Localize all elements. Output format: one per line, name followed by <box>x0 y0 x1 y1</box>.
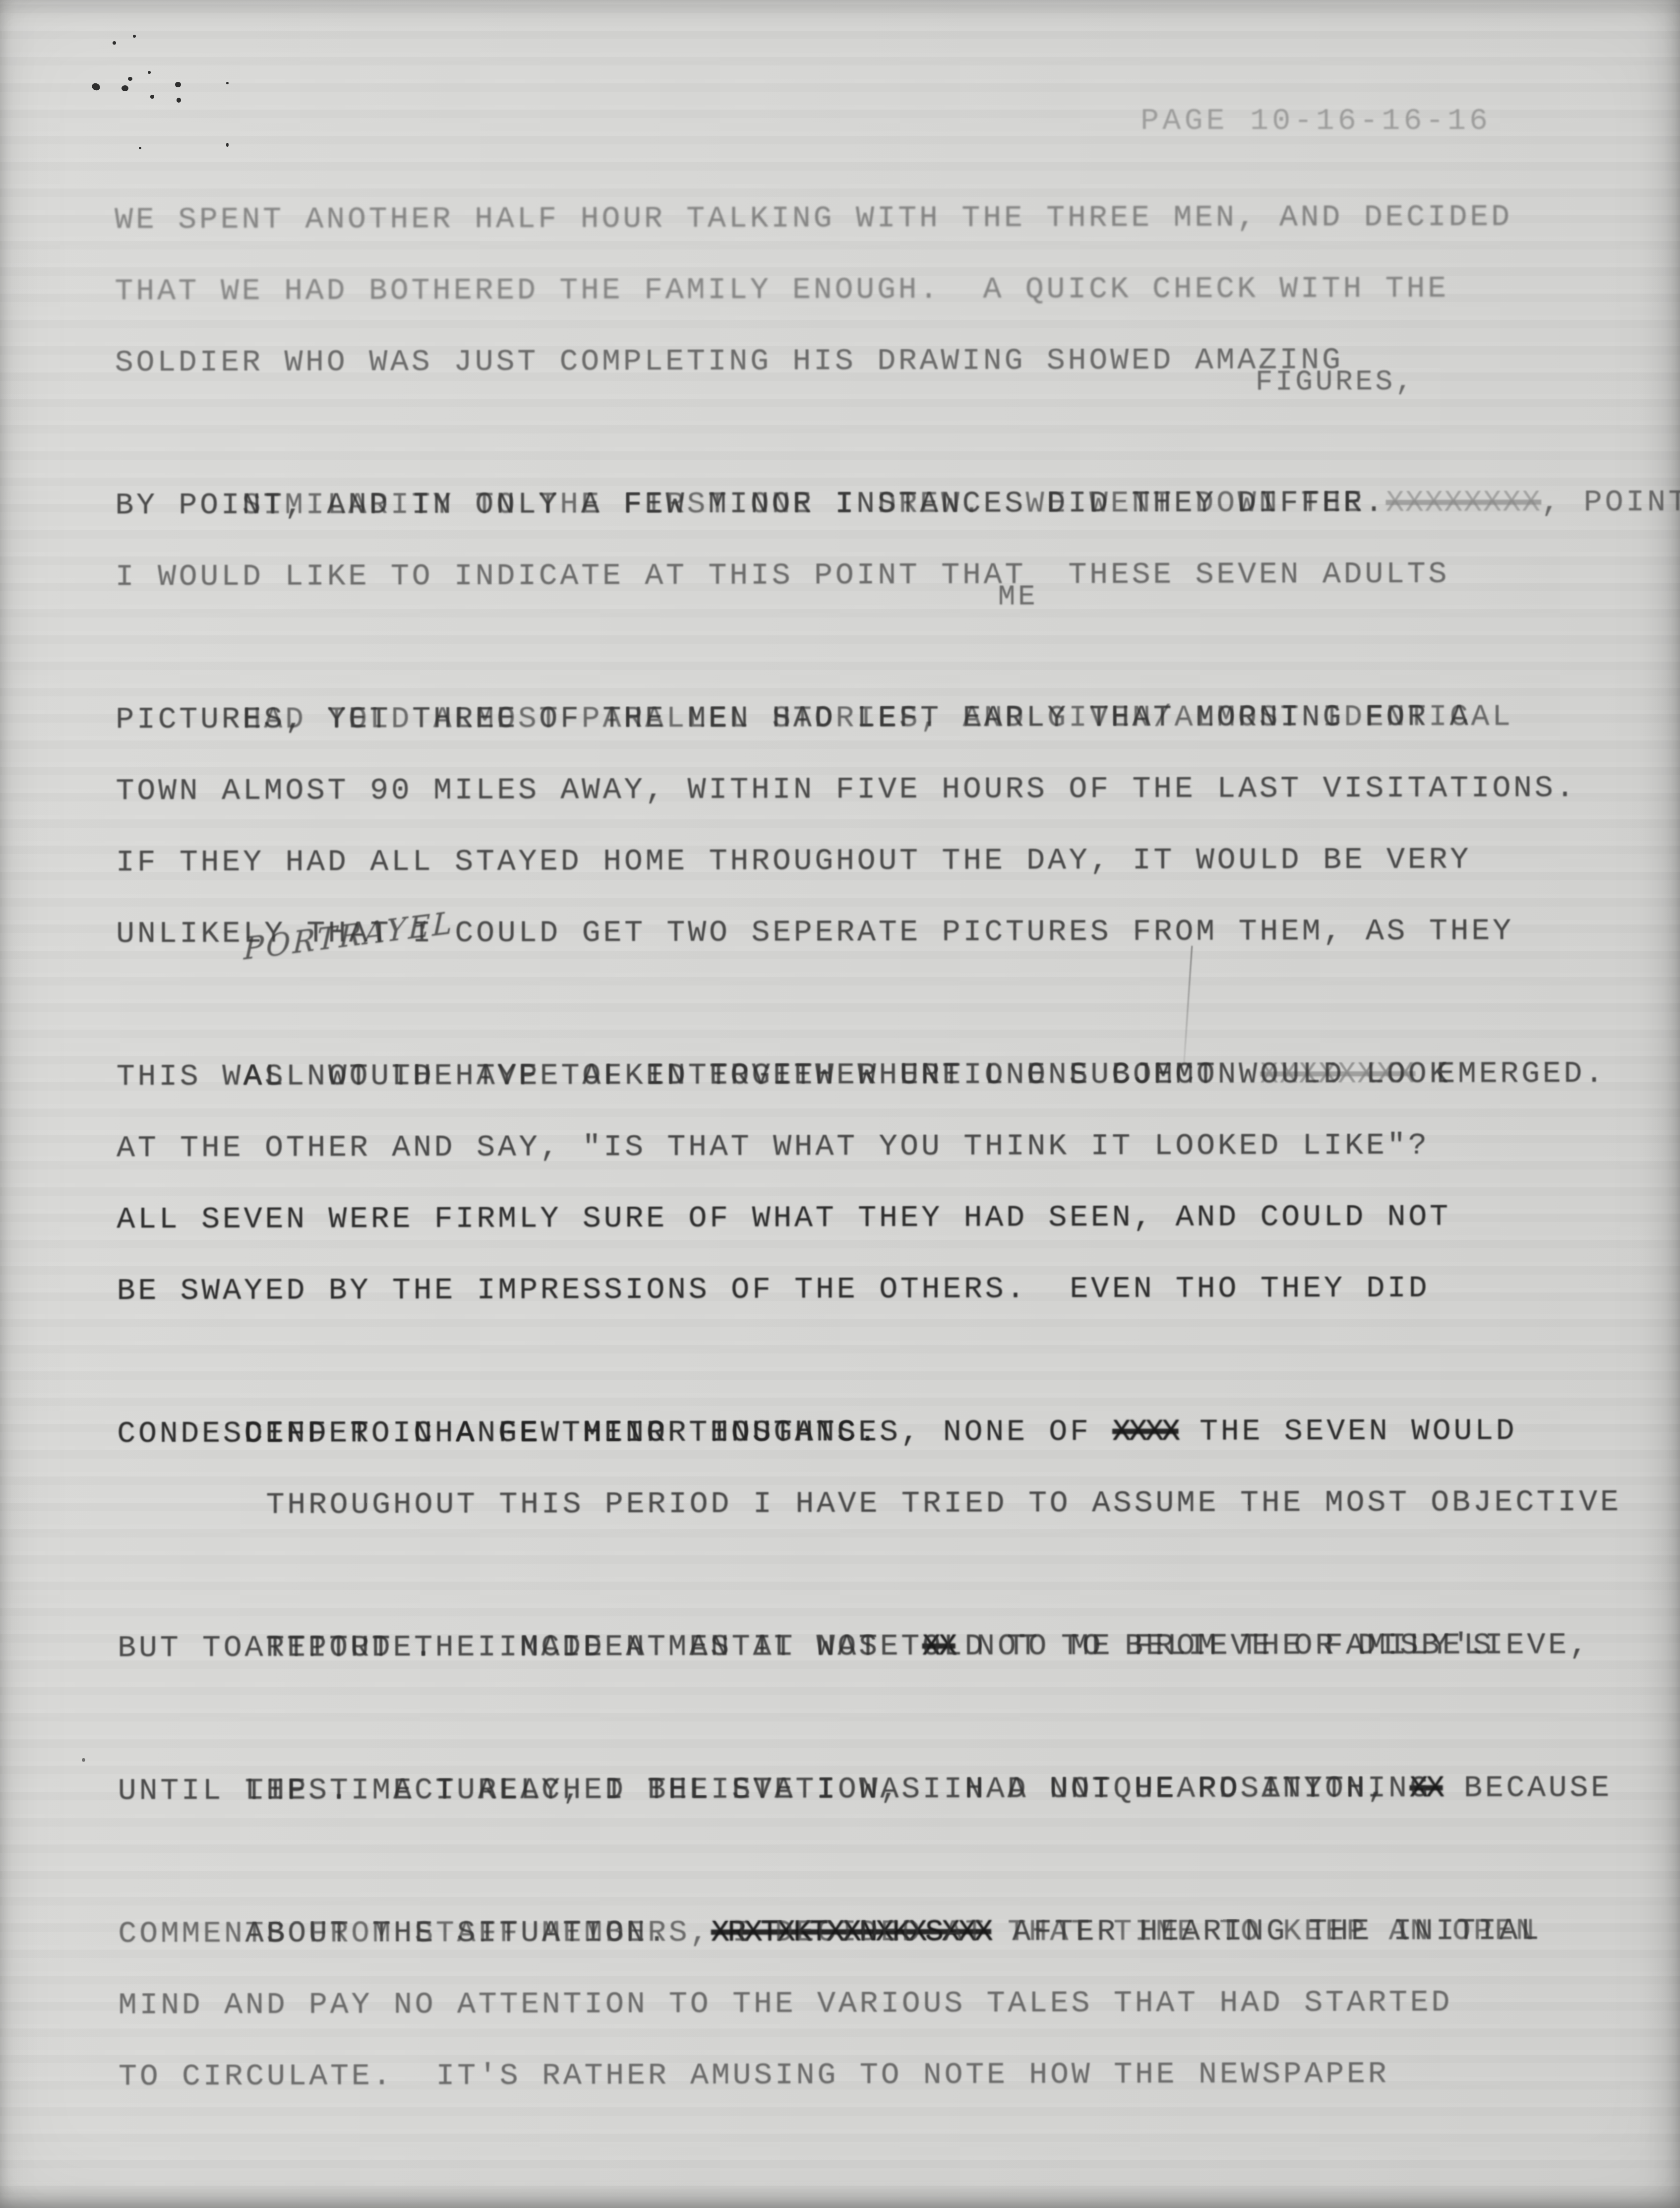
typed-line: ALL WOULD HAVE TALKED TOGETHER UNTIL ONE… <box>116 967 1623 1041</box>
typed-line: BE SWAYED BY THE IMPRESSIONS OF THE OTHE… <box>117 1252 1624 1327</box>
ink-speck <box>139 147 141 149</box>
typed-line: DIFFER IN A FEW MINOR INSTANCES, NONE OF… <box>117 1324 1624 1398</box>
typed-line: BY POINT, AND IN ONLY A FEW MINOR INSTAN… <box>115 467 1622 541</box>
typed-line: MIND AND PAY NO ATTENTION TO THE VARIOUS… <box>118 1966 1625 2041</box>
ink-speck <box>226 82 229 84</box>
ink-speck <box>113 41 116 45</box>
ink-speck <box>82 1758 85 1762</box>
ink-speck <box>177 98 181 103</box>
typed-line: ATTITUDE. I MADE A MENTAL NOTE XX NOT TO… <box>118 1538 1625 1612</box>
ink-speck <box>121 85 128 91</box>
typed-line: SIMILARITY TO THE FIRST ONE I DREW. WE W… <box>115 395 1622 470</box>
ink-speck <box>226 143 229 147</box>
typed-line: AT THE OTHER AND SAY, "IS THAT WHAT YOU … <box>117 1109 1624 1184</box>
typed-text-block: WE SPENT ANOTHER HALF HOUR TALKING WITH … <box>115 181 1626 2112</box>
typed-line: HAD TOLD ALMOST PARALLEL STORIES, AND GI… <box>116 610 1623 684</box>
typed-line: UNTIL THE TIME I REACHED THE STATION, I … <box>118 1752 1625 1827</box>
typed-line: BUT TO REPORT THE INCIDENT AS IT WAS TOL… <box>118 1609 1625 1684</box>
document-scan: PAGE 10-16-16-16 WE SPENT ANOTHER HALF H… <box>0 0 1680 2208</box>
typed-line: TO CIRCULATE. IT'S RATHER AMUSING TO NOT… <box>119 2038 1626 2112</box>
typed-insertion: ME <box>998 580 1038 614</box>
typed-line: ALL SEVEN WERE FIRMLY SURE OF WHAT THEY … <box>117 1181 1624 1255</box>
typed-line: TOWN ALMOST 90 MILES AWAY, WITHIN FIVE H… <box>116 752 1623 827</box>
ink-speck <box>133 35 136 38</box>
typed-insertion: FIGURES, <box>1256 365 1416 400</box>
ink-speck <box>148 71 151 74</box>
typed-line: ABOUT THE SITUATION. XRXTXKTXXNXKXSXXX A… <box>118 1824 1625 1898</box>
typed-line: I WOULD LIKE TO INDICATE AT THIS POINT T… <box>115 538 1622 613</box>
typed-line: THAT WE HAD BOTHERED THE FAMILY ENOUGH. … <box>115 252 1622 327</box>
typed-line: WE SPENT ANOTHER HALF HOUR TALKING WITH … <box>115 181 1622 255</box>
ink-speck <box>128 77 132 81</box>
page-number: PAGE 10-16-16-16 <box>1140 103 1491 138</box>
typed-line: CONDESCEND TO CHANGE THEIR THOUGHTS. <box>117 1395 1624 1470</box>
ink-speck <box>150 95 154 99</box>
typed-line: IF THEY HAD ALL STAYED HOME THROUGHOUT T… <box>116 824 1623 898</box>
typed-line: LIPS. ACTUALLY, I BELIEVE I WAS IN A UNI… <box>118 1681 1625 1755</box>
typed-line: THIS WAS NOT THE TYPE OF INTERVIEW WHERE… <box>117 1038 1624 1112</box>
typed-line: THROUGHOUT THIS PERIOD I HAVE TRIED TO A… <box>117 1467 1624 1541</box>
typed-line: PICTURES, YET THREE OF THE MEN HAD LEFT … <box>116 681 1623 755</box>
ink-speck <box>91 82 101 92</box>
ink-speck <box>175 82 181 87</box>
typed-line: COMMENTS FROM STAFF MEMBERS, I DECIDED A… <box>118 1895 1625 1969</box>
